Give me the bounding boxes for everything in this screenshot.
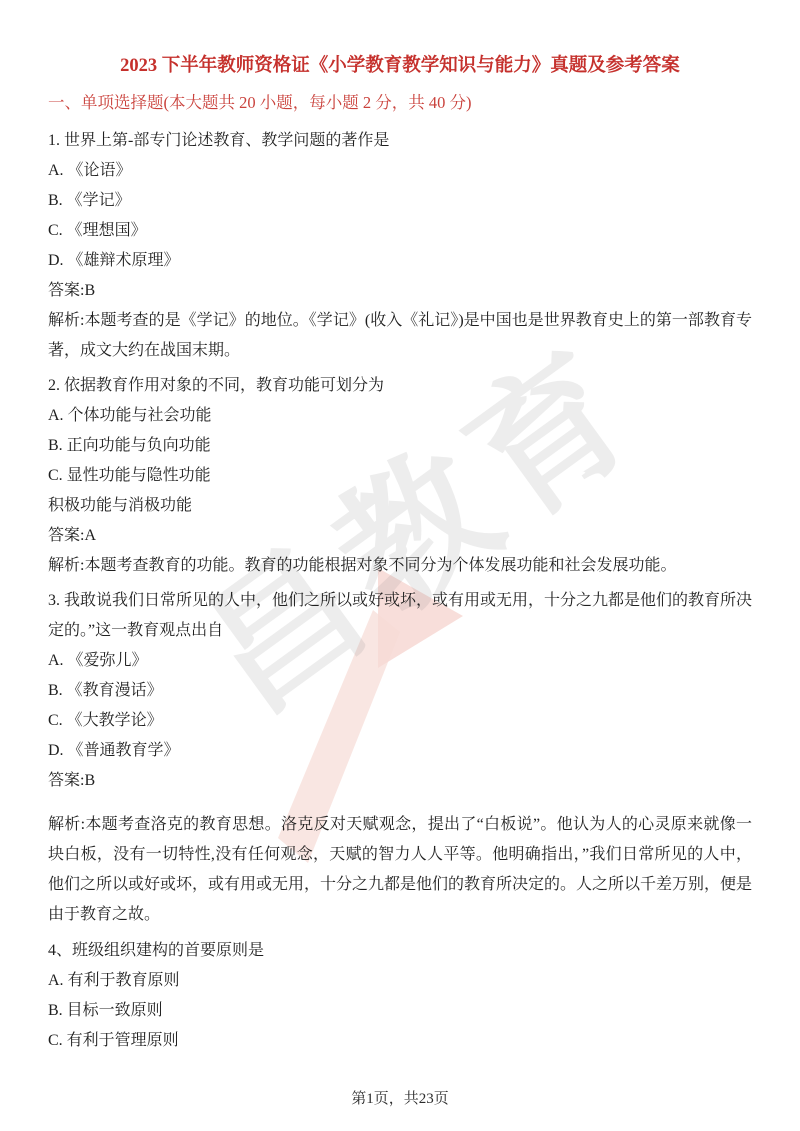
- question-block-2: 2. 依据教育作用对象的不同，教育功能可划分为 A. 个体功能与社会功能 B. …: [48, 371, 752, 581]
- question-3-option-a: A. 《爱弥儿》: [48, 646, 752, 676]
- question-1-option-a: A. 《论语》: [48, 156, 752, 186]
- question-2-option-a: A. 个体功能与社会功能: [48, 401, 752, 431]
- question-2-option-b: B. 正向功能与负向功能: [48, 431, 752, 461]
- document-content: 2023 下半年教师资格证《小学教育教学知识与能力》真题及参考答案 一、单项选择…: [0, 0, 800, 1056]
- exam-document-page: 昌教育 2023 下半年教师资格证《小学教育教学知识与能力》真题及参考答案 一、…: [0, 0, 800, 1131]
- question-3-stem: 3. 我敢说我们日常所见的人中，他们之所以或好或坏，或有用或无用，十分之九都是他…: [48, 586, 752, 646]
- page-title: 2023 下半年教师资格证《小学教育教学知识与能力》真题及参考答案: [48, 52, 752, 80]
- question-2-option-d: 积极功能与消极功能: [48, 491, 752, 521]
- question-block-1: 1. 世界上第-部专门论述教育、教学问题的著作是 A. 《论语》 B. 《学记》…: [48, 126, 752, 366]
- question-block-4: 4、班级组织建构的首要原则是 A. 有利于教育原则 B. 目标一致原则 C. 有…: [48, 936, 752, 1056]
- section-heading: 一、单项选择题(本大题共 20 小题，每小题 2 分，共 40 分): [48, 88, 752, 118]
- question-3-explanation: 解析:本题考查洛克的教育思想。洛克反对天赋观念，提出了“白板说”。他认为人的心灵…: [48, 810, 752, 930]
- question-2-answer: 答案:A: [48, 521, 752, 551]
- page-number: 第1页，共23页: [0, 1089, 800, 1109]
- question-1-option-d: D. 《雄辩术原理》: [48, 246, 752, 276]
- question-4-option-a: A. 有利于教育原则: [48, 966, 752, 996]
- question-4-option-c: C. 有利于管理原则: [48, 1026, 752, 1056]
- question-4-option-b: B. 目标一致原则: [48, 996, 752, 1026]
- question-2-stem: 2. 依据教育作用对象的不同，教育功能可划分为: [48, 371, 752, 401]
- question-1-explanation: 解析:本题考查的是《学记》的地位。《学记》(收入《礼记》)是中国也是世界教育史上…: [48, 306, 752, 366]
- question-3-option-b: B. 《教育漫话》: [48, 676, 752, 706]
- question-3-answer: 答案:B: [48, 766, 752, 796]
- question-1-stem: 1. 世界上第-部专门论述教育、教学问题的著作是: [48, 126, 752, 156]
- question-2-option-c: C. 显性功能与隐性功能: [48, 461, 752, 491]
- question-3-option-d: D. 《普通教育学》: [48, 736, 752, 766]
- question-2-explanation: 解析:本题考查教育的功能。教育的功能根据对象不同分为个体发展功能和社会发展功能。: [48, 551, 752, 581]
- question-1-answer: 答案:B: [48, 276, 752, 306]
- question-1-option-b: B. 《学记》: [48, 186, 752, 216]
- question-3-option-c: C. 《大教学论》: [48, 706, 752, 736]
- question-1-option-c: C. 《理想国》: [48, 216, 752, 246]
- question-block-3: 3. 我敢说我们日常所见的人中，他们之所以或好或坏，或有用或无用，十分之九都是他…: [48, 586, 752, 930]
- question-4-stem: 4、班级组织建构的首要原则是: [48, 936, 752, 966]
